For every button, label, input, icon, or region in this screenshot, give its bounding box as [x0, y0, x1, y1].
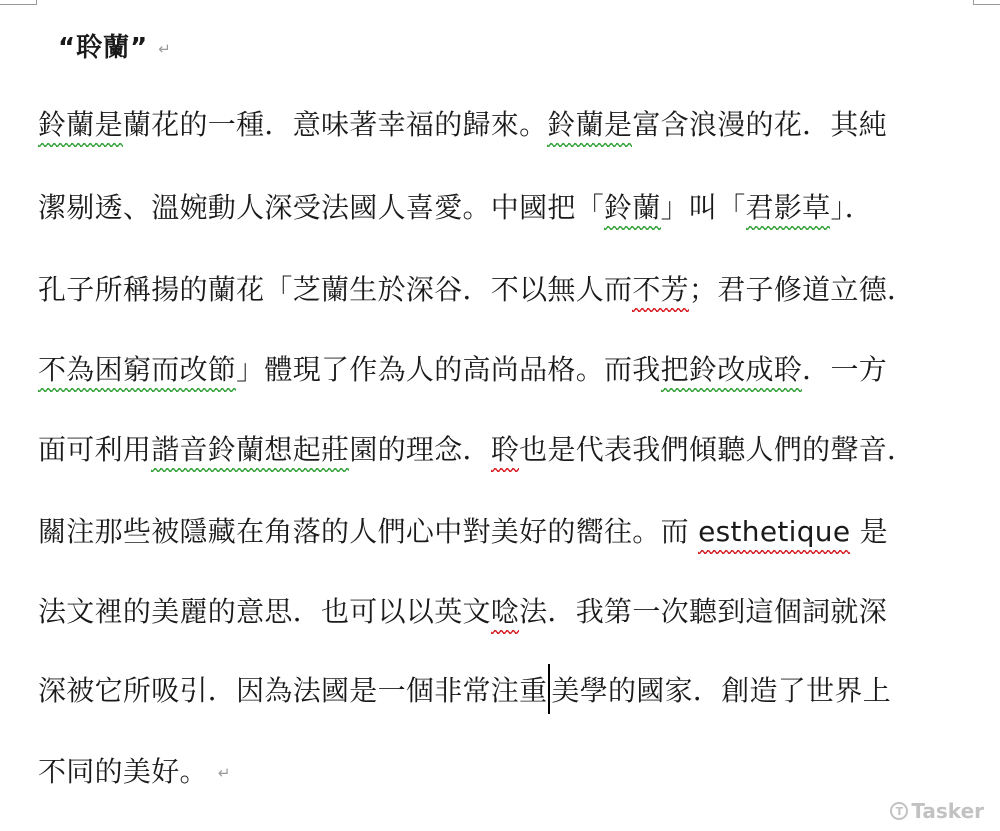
spelling-flag-text[interactable]: 唸 [491, 595, 519, 628]
text-segment: 也是代表我們傾聽人們的聲音． [519, 433, 915, 466]
text-line[interactable]: 法文裡的美麗的意思．也可以以英文唸法．我第一次聽到這個詞就深 [38, 592, 887, 632]
text-segment: 法文裡的美麗的意思．也可以以英文 [38, 595, 491, 628]
paragraph-mark-icon: ↵ [158, 40, 172, 58]
grammar-flag-text[interactable]: 鈴蘭是 [38, 108, 123, 141]
text-line[interactable]: 深被它所吸引．因為法國是一個非常注重美學的國家．創造了世界上 [38, 670, 891, 714]
text-segment: 法．我第一次聽到這個詞就深 [519, 595, 887, 628]
text-segment: 孔子所稱揚的蘭花「芝蘭生於深谷．不以無人而 [38, 273, 632, 306]
watermark: T Tasker [890, 799, 984, 823]
grammar-flag-text[interactable]: 把鈴改成聆 [661, 353, 803, 386]
text-line[interactable]: 關注那些被隱藏在角落的人們心中對美好的嚮往。而 esthetique 是 [38, 512, 888, 552]
page-corner-mark-left [0, 0, 37, 5]
page-corner-mark-right [973, 0, 1000, 5]
grammar-flag-text[interactable]: 鈴蘭是 [547, 108, 632, 141]
text-segment: 不同的美好。 [38, 755, 208, 788]
text-line[interactable]: 不同的美好。↵ [38, 752, 231, 793]
text-line[interactable]: 潔剔透、溫婉動人深受法國人喜愛。中國把「鈴蘭」叫「君影草」． [38, 188, 873, 228]
text-line[interactable]: 鈴蘭是蘭花的一種．意味著幸福的歸來。鈴蘭是富含浪漫的花．其純 [38, 105, 887, 145]
text-segment: 面可利用 [38, 433, 151, 466]
text-line[interactable]: 孔子所稱揚的蘭花「芝蘭生於深谷．不以無人而不芳；君子修道立德． [38, 270, 915, 310]
spelling-flag-text[interactable]: 聆 [491, 433, 519, 466]
text-segment: 潔剔透、溫婉動人深受法國人喜愛。中國把「 [38, 191, 604, 224]
grammar-flag-text[interactable]: 君影草 [746, 191, 831, 224]
spelling-flag-text[interactable]: esthetique [698, 515, 850, 548]
grammar-flag-text[interactable]: 鈴蘭 [604, 191, 661, 224]
text-segment: 蘭花的一種．意味著幸福的歸來。 [123, 108, 548, 141]
text-segment: 富含浪漫的花．其純 [632, 108, 887, 141]
text-line[interactable]: 不為困窮而改節」體現了作為人的高尚品格。而我把鈴改成聆．一方 [38, 350, 887, 390]
text-segment: 關注那些被隱藏在角落的人們心中對美好的嚮往。而 [38, 515, 698, 548]
text-segment: ．一方 [802, 353, 887, 386]
text-segment: 」體現了作為人的高尚品格。而我 [236, 353, 661, 386]
grammar-flag-text[interactable]: 不為困窮而改節 [38, 353, 236, 386]
spelling-flag-text[interactable]: 不芳 [632, 273, 689, 306]
tasker-logo-icon: T [890, 802, 908, 820]
document-title[interactable]: “聆蘭”↵ [58, 28, 172, 69]
text-segment: 」叫「 [661, 191, 746, 224]
text-segment: 美學的國家．創造了世界上 [551, 674, 891, 707]
grammar-flag-text[interactable]: 諧音鈴蘭想起莊 [151, 433, 349, 466]
title-text: “聆蘭” [58, 33, 148, 63]
text-segment: 是 [850, 515, 888, 548]
text-line[interactable]: 面可利用諧音鈴蘭想起莊園的理念．聆也是代表我們傾聽人們的聲音． [38, 430, 915, 470]
watermark-text: Tasker [911, 799, 984, 823]
paragraph-mark-icon: ↵ [218, 764, 231, 782]
text-segment: ；君子修道立德． [689, 273, 915, 306]
text-segment: 園的理念． [349, 433, 491, 466]
text-segment: 深被它所吸引．因為法國是一個非常注重 [38, 674, 547, 707]
text-segment: 」． [830, 191, 873, 224]
